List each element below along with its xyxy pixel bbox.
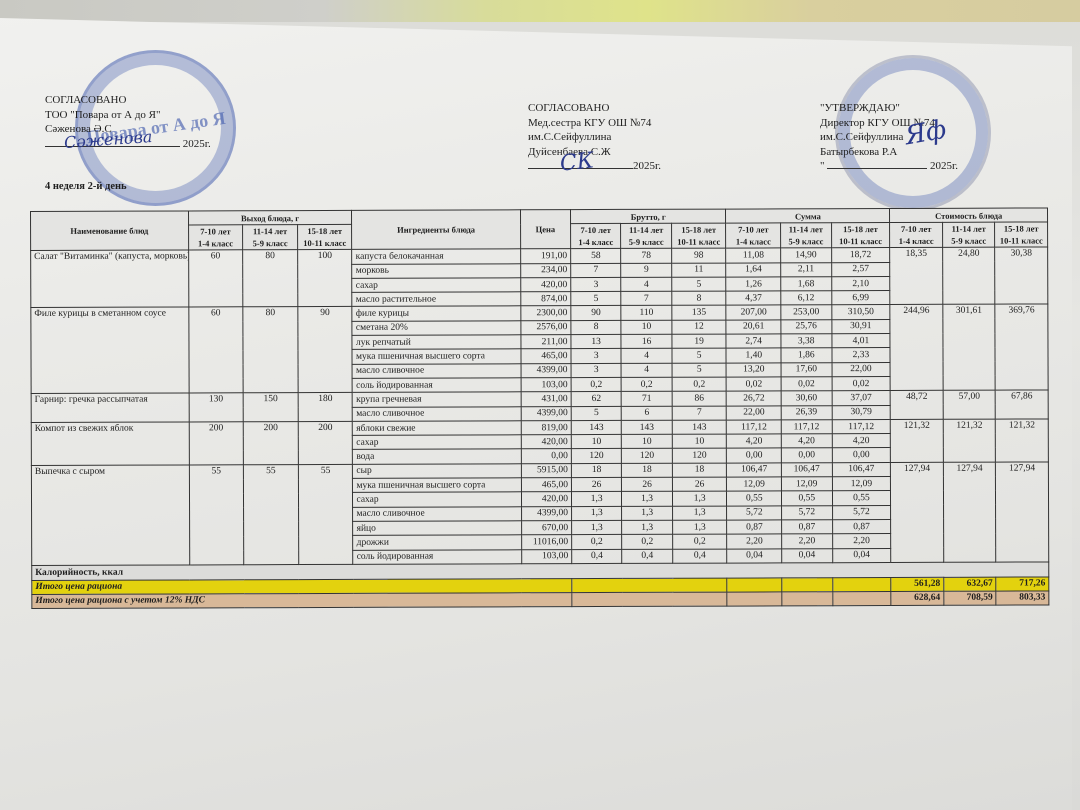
dish-yield: 150	[243, 393, 298, 422]
header-yield-age-1: 11-14 лет5-9 класс	[243, 225, 298, 250]
dish-cost: 30,38	[995, 247, 1048, 304]
ingredient-sum: 117,12	[832, 419, 891, 434]
dish-yield: 180	[298, 393, 353, 422]
ingredient-sum: 17,60	[781, 362, 831, 376]
grade-label: 5-9 класс	[624, 236, 667, 248]
ingredient-gross: 120	[622, 449, 672, 463]
grade-label: 10-11 класс	[835, 235, 887, 247]
ingredient-sum: 106,47	[832, 462, 891, 477]
approval-title: СОГЛАСОВАНО	[45, 93, 211, 108]
ingredient-name: сахар	[353, 492, 521, 507]
ingredient-sum: 2,11	[781, 262, 831, 276]
dish-yield: 55	[244, 464, 299, 564]
ingredient-gross: 9	[621, 263, 671, 277]
ingredient-sum: 26,39	[781, 405, 831, 419]
ingredient-price: 420,00	[521, 492, 571, 506]
total-vat-label: Итого цена рациона с учетом 12% НДС	[32, 592, 572, 608]
ingredient-gross: 71	[622, 392, 672, 406]
age-label: 7-10 лет	[192, 226, 240, 238]
ingredient-gross: 0,4	[572, 549, 622, 563]
dish-name: Салат "Витаминка" (капуста, морковь)	[31, 250, 189, 308]
ingredient-gross: 143	[672, 420, 727, 434]
ingredient-gross: 0,2	[672, 534, 727, 548]
dish-name: Филе курицы в сметанном соусе	[31, 307, 189, 393]
ingredient-price: 0,00	[521, 449, 571, 463]
approval-school: им.С.Сейфуллина	[528, 130, 661, 145]
dish-yield: 130	[189, 393, 244, 422]
ingredient-price: 465,00	[521, 478, 571, 492]
grade-label: 5-9 класс	[246, 237, 294, 249]
ingredient-gross: 1,3	[672, 520, 727, 534]
dish-cost: 57,00	[943, 390, 996, 419]
ingredient-sum: 117,12	[781, 420, 831, 434]
ingredient-gross: 16	[621, 334, 671, 348]
ingredient-gross: 1,3	[572, 520, 622, 534]
approval-title: СОГЛАСОВАНО	[528, 101, 661, 116]
ingredient-sum: 117,12	[727, 420, 782, 434]
ingredient-gross: 26	[622, 477, 672, 491]
ingredient-name: мука пшеничная высшего сорта	[352, 349, 520, 364]
ingredient-price: 191,00	[520, 249, 570, 263]
approval-role: Мед.сестра КГУ ОШ №74	[528, 116, 661, 131]
approval-date: 2025г.	[183, 138, 211, 150]
dish-cost: 127,94	[996, 462, 1049, 562]
ingredient-sum: 2,20	[727, 534, 782, 548]
ingredient-sum: 26,72	[727, 391, 782, 405]
dish-yield: 55	[298, 464, 353, 564]
dish-yield: 80	[243, 307, 298, 393]
total-value: 632,67	[944, 577, 997, 591]
ingredient-price: 670,00	[521, 521, 571, 535]
ingredient-sum: 13,20	[726, 363, 781, 377]
age-label: 7-10 лет	[574, 224, 617, 236]
ingredient-sum: 25,76	[781, 319, 831, 333]
ingredient-price: 874,00	[520, 292, 570, 306]
age-label: 11-14 лет	[624, 224, 667, 236]
ingredient-gross: 10	[571, 435, 621, 449]
grade-label: 10-11 класс	[675, 236, 723, 248]
ingredient-sum: 4,20	[781, 434, 831, 448]
ingredient-gross: 110	[621, 306, 671, 320]
total-vat-value: 803,33	[996, 591, 1049, 605]
ingredient-name: соль йодированная	[353, 549, 521, 564]
ingredient-sum: 1,68	[781, 277, 831, 291]
ingredient-name: дрожжи	[353, 535, 521, 550]
ingredient-sum: 22,00	[727, 405, 782, 419]
ingredient-sum: 0,00	[832, 448, 891, 463]
ingredient-sum: 207,00	[726, 305, 781, 319]
ingredient-gross: 4	[621, 363, 671, 377]
approval-middle: СОГЛАСОВАНО Мед.сестра КГУ ОШ №74 им.С.С…	[528, 101, 661, 174]
ingredient-gross: 5	[672, 363, 727, 377]
ingredient-gross: 4	[621, 349, 671, 363]
ingredient-gross: 1,3	[622, 520, 672, 534]
dish-yield: 60	[188, 250, 243, 307]
header-cost-age-0: 7-10 лет1-4 класс	[890, 223, 943, 248]
ingredient-gross: 7	[571, 263, 621, 277]
ingredient-sum: 12,09	[782, 477, 832, 491]
grade-label: 1-4 класс	[730, 236, 778, 248]
age-label: 11-14 лет	[946, 223, 992, 235]
dish-yield: 90	[298, 307, 353, 393]
ingredient-price: 4399,00	[521, 506, 571, 520]
total-vat-value: 708,59	[944, 591, 997, 605]
ingredient-gross: 1,3	[622, 492, 672, 506]
ingredient-gross: 120	[571, 449, 621, 463]
grade-label: 1-4 класс	[192, 238, 240, 250]
ingredient-price: 103,00	[521, 378, 571, 392]
ingredient-sum: 20,61	[726, 320, 781, 334]
ingredient-sum: 4,37	[726, 291, 781, 305]
ingredient-gross: 5	[672, 277, 727, 291]
ingredient-price: 420,00	[521, 435, 571, 449]
approval-person: Дуйсенбаева С.Ж	[528, 145, 661, 160]
ingredient-sum: 5,72	[782, 505, 832, 519]
ingredient-gross: 1,3	[571, 492, 621, 506]
ingredient-gross: 120	[672, 449, 727, 463]
ingredient-sum: 37,07	[832, 391, 891, 406]
ingredient-sum: 2,10	[831, 276, 890, 291]
dish-cost: 244,96	[890, 305, 943, 391]
header-dish-cost: Стоимость блюда	[890, 208, 1048, 223]
ingredient-sum: 253,00	[781, 305, 831, 319]
header-dish: Наименование блюд	[31, 211, 189, 251]
dish-cost: 369,76	[995, 304, 1048, 390]
ingredient-sum: 18,72	[831, 248, 890, 263]
ingredient-sum: 0,00	[727, 448, 782, 462]
ingredient-gross: 1,3	[672, 491, 727, 505]
ingredient-gross: 12	[672, 320, 727, 334]
ingredient-price: 4399,00	[521, 363, 571, 377]
ingredient-gross: 8	[672, 291, 727, 305]
header-cost-age-1: 11-14 лет5-9 класс	[942, 222, 995, 247]
header-gross-age-0: 7-10 лет1-4 класс	[571, 224, 622, 249]
ingredient-gross: 5	[672, 348, 727, 362]
ingredient-price: 420,00	[520, 278, 570, 292]
empty-cell	[832, 591, 891, 605]
ingredient-price: 5915,00	[521, 463, 571, 477]
ingredient-gross: 7	[672, 406, 727, 420]
ingredient-sum: 0,02	[781, 377, 831, 391]
ingredient-gross: 1,3	[572, 506, 622, 520]
ingredient-name: масло растительное	[352, 292, 520, 307]
dish-cost: 121,32	[996, 419, 1049, 462]
empty-cell	[572, 578, 728, 593]
grade-label: 10-11 класс	[998, 235, 1044, 247]
ingredient-gross: 0,2	[672, 377, 727, 391]
ingredient-name: капуста белокачанная	[352, 249, 520, 264]
ingredient-sum: 11,08	[726, 248, 781, 262]
ingredient-sum: 5,72	[727, 506, 782, 520]
grade-label: 10-11 класс	[301, 237, 349, 249]
ingredient-name: крупа гречневая	[353, 392, 521, 407]
table-footer: Калорийность, ккал Итого цена рациона 56…	[32, 562, 1049, 609]
ingredient-gross: 7	[621, 291, 671, 305]
ingredient-gross: 4	[621, 277, 671, 291]
dish-cost: 67,86	[996, 390, 1049, 419]
ingredient-price: 2300,00	[520, 306, 570, 320]
header-sum-age-0: 7-10 лет1-4 класс	[726, 223, 781, 248]
header-cost-age-2: 15-18 лет10-11 класс	[995, 222, 1048, 247]
ingredient-sum: 0,55	[727, 491, 782, 505]
ingredient-gross: 0,2	[571, 377, 621, 391]
ingredient-sum: 0,00	[781, 448, 831, 462]
ingredient-sum: 310,50	[831, 305, 890, 320]
approval-date: 2025г.	[633, 160, 661, 172]
dish-yield: 55	[189, 465, 244, 565]
ingredient-price: 211,00	[520, 335, 570, 349]
ingredient-gross: 11	[672, 263, 727, 277]
header-sum-age-2: 15-18 лет10-11 класс	[831, 223, 890, 248]
ingredient-name: мука пшеничная высшего сорта	[353, 478, 521, 493]
grade-label: 1-4 класс	[893, 235, 939, 247]
ingredient-name: сметана 20%	[352, 321, 520, 336]
ingredient-sum: 0,55	[832, 491, 891, 506]
age-label: 7-10 лет	[893, 223, 939, 235]
approval-title: "УТВЕРЖДАЮ"	[820, 101, 958, 116]
ingredient-sum: 2,74	[726, 334, 781, 348]
ingredient-gross: 0,2	[622, 534, 672, 548]
ingredient-gross: 5	[571, 406, 621, 420]
header-sum: Сумма	[726, 208, 890, 223]
ingredient-sum: 0,87	[782, 520, 832, 534]
dish-name: Выпечка с сыром	[31, 465, 189, 566]
ingredient-gross: 18	[571, 463, 621, 477]
empty-cell	[727, 578, 782, 592]
header-sum-age-1: 11-14 лет5-9 класс	[781, 223, 832, 248]
ingredient-gross: 6	[622, 406, 672, 420]
ingredient-name: соль йодированная	[353, 378, 521, 393]
dish-yield: 200	[243, 421, 298, 464]
empty-cell	[782, 592, 832, 606]
ingredient-price: 2576,00	[520, 320, 570, 334]
ingredient-price: 819,00	[521, 420, 571, 434]
empty-cell	[727, 592, 782, 606]
ingredient-gross: 10	[622, 434, 672, 448]
ingredient-sum: 4,20	[727, 434, 782, 448]
dish-cost: 127,94	[891, 462, 944, 562]
ingredient-gross: 26	[571, 477, 621, 491]
ingredient-sum: 2,33	[831, 348, 890, 363]
ingredient-sum: 1,26	[726, 277, 781, 291]
ingredient-sum: 30,79	[832, 405, 891, 420]
approval-date-line: " 2025г.	[820, 159, 958, 174]
ingredient-gross: 13	[571, 335, 621, 349]
ingredient-gross: 86	[672, 391, 727, 405]
ingredient-sum: 12,09	[727, 477, 782, 491]
ingredient-sum: 4,01	[831, 334, 890, 349]
ingredient-sum: 22,00	[832, 362, 891, 377]
ingredient-name: сыр	[353, 464, 521, 479]
dish-cost: 127,94	[943, 462, 996, 562]
empty-cell	[832, 577, 891, 591]
ingredient-gross: 3	[571, 363, 621, 377]
ingredient-sum: 2,57	[831, 262, 890, 277]
total-value: 717,26	[996, 577, 1049, 591]
photo-background	[0, 0, 1080, 22]
ingredient-gross: 98	[671, 248, 726, 262]
ingredient-sum: 1,40	[726, 348, 781, 362]
approval-person: Батырбекова Р.А	[820, 145, 958, 160]
header-gross: Брутто, г	[570, 209, 726, 224]
total-value: 561,28	[891, 577, 944, 591]
ingredient-name: яйцо	[353, 521, 521, 536]
ingredient-name: яблоки свежие	[353, 421, 521, 436]
approval-org: ТОО "Повара от А до Я"	[45, 108, 211, 123]
header-yield-age-2: 15-18 лет10-11 класс	[297, 225, 352, 250]
dish-yield: 80	[243, 250, 298, 307]
dish-cost: 121,32	[891, 419, 944, 462]
total-vat-row: Итого цена рациона с учетом 12% НДС 628,…	[32, 591, 1049, 609]
ingredient-gross: 0,4	[673, 549, 728, 563]
age-label: 15-18 лет	[835, 223, 887, 235]
header-ingredients: Ингредиенты блюда	[352, 210, 520, 250]
dish-cost: 301,61	[943, 305, 996, 391]
ingredient-name: сахар	[353, 435, 521, 450]
ingredient-gross: 19	[672, 334, 727, 348]
dish-cost: 18,35	[890, 248, 943, 305]
ingredient-price: 465,00	[521, 349, 571, 363]
ingredient-sum: 0,04	[782, 548, 832, 562]
ingredient-gross: 143	[622, 420, 672, 434]
ingredient-gross: 1,3	[622, 506, 672, 520]
dish-yield: 200	[298, 421, 353, 464]
ingredient-sum: 0,04	[832, 548, 891, 563]
ingredient-gross: 26	[672, 477, 727, 491]
total-vat-value: 628,64	[891, 591, 944, 605]
ingredient-name: сахар	[352, 278, 520, 293]
ingredient-name: морковь	[352, 263, 520, 278]
empty-cell	[572, 592, 728, 607]
ingredient-gross: 1,3	[672, 506, 727, 520]
ingredient-sum: 0,02	[727, 377, 782, 391]
ingredient-price: 234,00	[520, 263, 570, 277]
ingredient-price: 4399,00	[521, 406, 571, 420]
ingredient-gross: 0,4	[622, 549, 672, 563]
ingredient-gross: 135	[672, 306, 727, 320]
ingredient-sum: 0,87	[832, 519, 891, 534]
ingredient-sum: 0,55	[782, 491, 832, 505]
age-label: 7-10 лет	[730, 224, 778, 236]
dish-name: Гарнир: гречка рассыпчатая	[31, 393, 189, 422]
ingredient-sum: 1,86	[781, 348, 831, 362]
grade-label: 1-4 класс	[574, 236, 617, 248]
ingredient-gross: 0,2	[621, 377, 671, 391]
ingredient-sum: 2,20	[782, 534, 832, 548]
ingredient-sum: 6,99	[831, 291, 890, 306]
grade-label: 5-9 класс	[946, 235, 992, 247]
ingredient-price: 103,00	[521, 549, 571, 563]
header-price: Цена	[520, 210, 571, 249]
ingredient-price: 11016,00	[521, 535, 571, 549]
ingredient-gross: 8	[571, 320, 621, 334]
ingredient-sum: 106,47	[781, 462, 831, 476]
ingredient-gross: 3	[571, 349, 621, 363]
ingredient-sum: 30,60	[781, 391, 831, 405]
age-label: 11-14 лет	[784, 224, 827, 236]
dish-yield: 100	[297, 250, 352, 307]
ingredient-sum: 4,20	[832, 434, 891, 449]
ingredient-name: масло сливочное	[353, 363, 521, 378]
ingredient-name: лук репчатый	[352, 335, 520, 350]
ingredient-gross: 58	[571, 249, 621, 263]
ingredient-gross: 3	[571, 277, 621, 291]
header-gross-age-1: 11-14 лет5-9 класс	[621, 224, 672, 249]
ingredient-gross: 143	[571, 420, 621, 434]
menu-table: Наименование блюд Выход блюда, г Ингреди…	[30, 207, 1049, 608]
ingredient-sum: 30,91	[831, 319, 890, 334]
ingredient-gross: 0,2	[572, 535, 622, 549]
age-label: 15-18 лет	[675, 224, 723, 236]
dish-cost: 48,72	[890, 391, 943, 420]
ingredient-name: масло сливочное	[353, 506, 521, 521]
dish-cost: 24,80	[943, 247, 996, 304]
table-body: Салат "Витаминка" (капуста, морковь)6080…	[31, 247, 1049, 565]
header-yield: Выход блюда, г	[188, 210, 352, 225]
ingredient-gross: 5	[571, 292, 621, 306]
ingredient-name: филе курицы	[352, 306, 520, 321]
age-label: 15-18 лет	[998, 223, 1044, 235]
ingredient-gross: 10	[672, 434, 727, 448]
ingredient-gross: 18	[622, 463, 672, 477]
grade-label: 5-9 класс	[784, 236, 827, 248]
dish-cost: 121,32	[943, 419, 996, 462]
ingredient-name: вода	[353, 449, 521, 464]
age-label: 11-14 лет	[246, 225, 294, 237]
ingredient-gross: 90	[571, 306, 621, 320]
approval-date: 2025г.	[930, 160, 958, 172]
week-day-label: 4 неделя 2-й день	[45, 181, 127, 192]
ingredient-price: 431,00	[521, 392, 571, 406]
dish-yield: 200	[189, 422, 244, 465]
ingredient-name: масло сливочное	[353, 406, 521, 421]
ingredient-sum: 6,12	[781, 291, 831, 305]
ingredient-sum: 12,09	[832, 477, 891, 492]
table-header: Наименование блюд Выход блюда, г Ингреди…	[31, 208, 1048, 251]
ingredient-sum: 3,38	[781, 334, 831, 348]
ingredient-gross: 18	[672, 463, 727, 477]
empty-cell	[782, 578, 832, 592]
ingredient-sum: 0,02	[832, 376, 891, 391]
ingredient-gross: 62	[571, 392, 621, 406]
ingredient-gross: 78	[621, 249, 671, 263]
ingredient-sum: 1,64	[726, 262, 781, 276]
signature-middle: СК	[559, 148, 595, 176]
header-yield-age-0: 7-10 лет1-4 класс	[188, 225, 243, 250]
ingredient-sum: 5,72	[832, 505, 891, 520]
ingredient-gross: 10	[621, 320, 671, 334]
age-label: 15-18 лет	[301, 225, 349, 237]
ingredient-sum: 2,20	[832, 534, 891, 549]
ingredient-sum: 106,47	[727, 463, 782, 477]
dish-name: Компот из свежих яблок	[31, 422, 189, 465]
ingredient-sum: 0,04	[727, 548, 782, 562]
dish-yield: 60	[188, 307, 243, 393]
ingredient-sum: 14,90	[781, 248, 831, 262]
header-gross-age-2: 15-18 лет10-11 класс	[671, 223, 726, 248]
ingredient-sum: 0,87	[727, 520, 782, 534]
